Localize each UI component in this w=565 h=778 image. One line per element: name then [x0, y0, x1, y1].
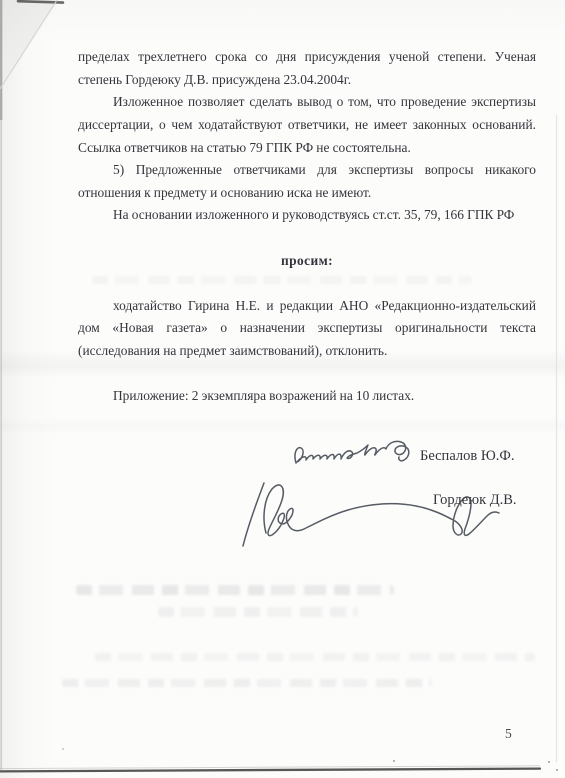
bleed-through-artifact: [158, 607, 358, 617]
scan-speck: [62, 748, 64, 750]
text-line: диссертации, о чем ходатайствуют ответчи…: [78, 114, 536, 137]
scan-speck: [548, 761, 550, 763]
scanned-document-page: { "colors": { "ink": "#34353c", "signatu…: [0, 0, 565, 778]
text-line: отношения к предмету и основанию иска не…: [78, 182, 536, 205]
petition-heading: просим:: [78, 250, 536, 273]
bleed-through-artifact: [95, 653, 535, 661]
bleed-through-artifact: [62, 679, 432, 687]
signatory-name: Гордеюк Д.В.: [433, 492, 517, 509]
signatory-name: Беспалов Ю.Ф.: [420, 448, 514, 465]
attachment-line: Приложение: 2 экземпляра возражений на 1…: [78, 385, 536, 408]
bleed-through-artifact: [76, 585, 394, 595]
text-line: Изложенное позволяет сделать вывод о том…: [78, 91, 536, 114]
text-line: дом «Новая газета» о назначении эксперти…: [78, 317, 536, 340]
text-line: Ссылка ответчиков на статью 79 ГПК РФ не…: [78, 137, 536, 160]
text-line: (исследования на предмет заимствований),…: [78, 340, 536, 363]
document-body-text: пределах трехлетнего срока со дня присуж…: [78, 46, 536, 408]
text-line: На основании изложенного и руководствуяс…: [78, 204, 536, 227]
scan-speck: [393, 760, 395, 762]
text-line: степень Гордеюку Д.В. присуждена 23.04.2…: [78, 69, 536, 92]
text-line: ходатайство Гирина Н.Е. и редакции АНО «…: [78, 295, 536, 318]
signature-gordeyuk: [235, 473, 507, 551]
scan-speck: [556, 769, 558, 771]
text-line: 5) Предложенные ответчиками для эксперти…: [78, 159, 536, 182]
signature-bespalov: [290, 439, 412, 477]
page-number: 5: [505, 726, 512, 742]
text-line: пределах трехлетнего срока со дня присуж…: [78, 46, 536, 69]
